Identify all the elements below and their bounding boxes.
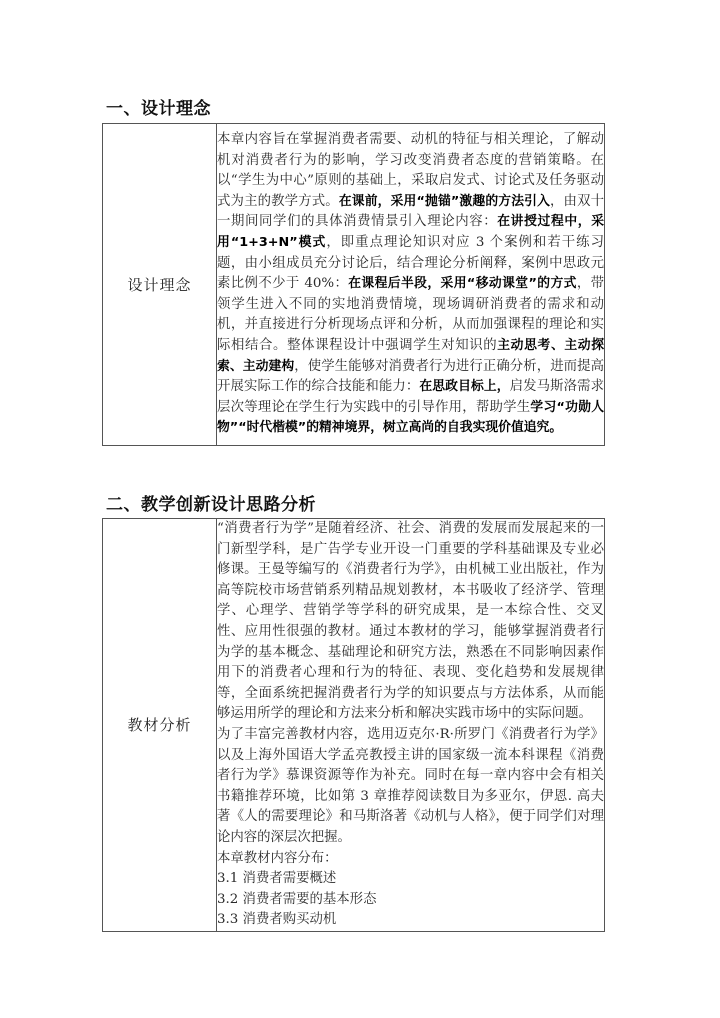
row-label-textbook-analysis: 教材分析: [103, 519, 217, 932]
design-concept-content: 本章内容旨在掌握消费者需要、动机的特征与相关理论，了解动机对消费者行为的影响，学…: [217, 124, 605, 446]
bold-segment-mobile-classroom: 在课程后半段，采用“移动课堂”的方式: [348, 276, 577, 291]
chapter-list-item: 3.1 消费者需要概述: [217, 869, 604, 890]
bold-segment-ideology-goal: 在思政目标上，: [419, 379, 509, 394]
section-heading-design-concept: 一、设计理念: [106, 94, 211, 119]
paragraph-textbook-intro: “消费者行为学”是随着经济、社会、消费的发展而发展起来的一门新型学科，是广告学专…: [217, 519, 604, 725]
row-label-design-concept: 设计理念: [103, 124, 217, 446]
chapter-list-title: 本章教材内容分布：: [217, 849, 604, 870]
chapter-list-item: 3.2 消费者需要的基本形态: [217, 890, 604, 911]
bold-segment-pre-class: 在课前，采用“抛锚”激趣的方法引入: [339, 194, 550, 209]
textbook-analysis-content: “消费者行为学”是随着经济、社会、消费的发展而发展起来的一门新型学科，是广告学专…: [217, 519, 605, 932]
chapter-list-item: 3.3 消费者购买动机: [217, 910, 604, 931]
paragraph-supplementary: 为了丰富完善教材内容，选用迈克尔·R·所罗门《消费者行为学》以及上海外国语大学孟…: [217, 725, 604, 849]
textbook-analysis-table: 教材分析 “消费者行为学”是随着经济、社会、消费的发展而发展起来的一门新型学科，…: [102, 518, 605, 932]
design-concept-table: 设计理念 本章内容旨在掌握消费者需要、动机的特征与相关理论，了解动机对消费者行为…: [102, 123, 605, 446]
section-heading-teaching-innovation: 二、教学创新设计思路分析: [106, 490, 316, 515]
